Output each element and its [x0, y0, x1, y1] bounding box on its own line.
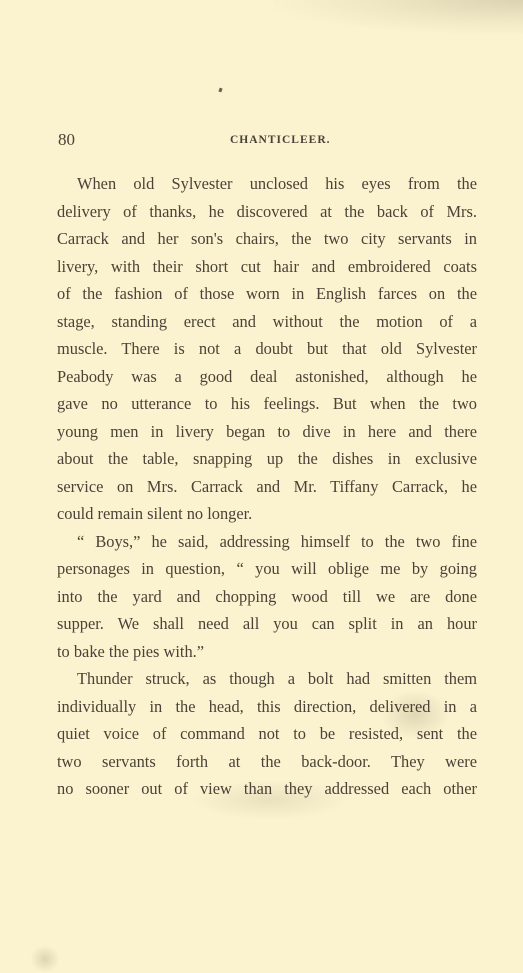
text-line: supper. We shall need all you can split …	[57, 610, 477, 638]
text-line: Thunder struck, as though a bolt had smi…	[57, 665, 477, 693]
text-line: quiet voice of command not to be resiste…	[57, 720, 477, 748]
text-line: about the table, snapping up the dishes …	[57, 445, 477, 473]
ink-speck	[218, 88, 222, 93]
text-line: muscle. There is not a doubt but that ol…	[57, 335, 477, 363]
text-line: Carrack and her son's chairs, the two ci…	[57, 225, 477, 253]
text-line: “ Boys,” he said, addressing himself to …	[57, 528, 477, 556]
text-line: personages in question, “ you will oblig…	[57, 555, 477, 583]
scan-smudge	[30, 945, 60, 973]
text-line: two servants forth at the back-door. The…	[57, 748, 477, 776]
text-line: service on Mrs. Carrack and Mr. Tiffany …	[57, 473, 477, 501]
page-header: 80 CHANTICLEER.	[58, 130, 478, 150]
text-line: no sooner out of view than they addresse…	[57, 775, 477, 803]
text-line: individually in the head, this direction…	[57, 693, 477, 721]
text-line: Peabody was a good deal astonished, alth…	[57, 363, 477, 391]
text-line: gave no utterance to his feelings. But w…	[57, 390, 477, 418]
scan-speckle	[273, 0, 523, 34]
text-line: of the fashion of those worn in English …	[57, 280, 477, 308]
text-line: could remain silent no longer.	[57, 500, 477, 528]
text-line: young men in livery began to dive in her…	[57, 418, 477, 446]
page-number: 80	[58, 130, 75, 150]
text-line: delivery of thanks, he discovered at the…	[57, 198, 477, 226]
text-line: into the yard and chopping wood till we …	[57, 583, 477, 611]
body-text: When old Sylvester unclosed his eyes fro…	[57, 170, 477, 803]
text-line: livery, with their short cut hair and em…	[57, 253, 477, 281]
text-line: to bake the pies with.”	[57, 638, 477, 666]
text-line: When old Sylvester unclosed his eyes fro…	[57, 170, 477, 198]
running-head: CHANTICLEER.	[230, 134, 331, 146]
text-line: stage, standing erect and without the mo…	[57, 308, 477, 336]
